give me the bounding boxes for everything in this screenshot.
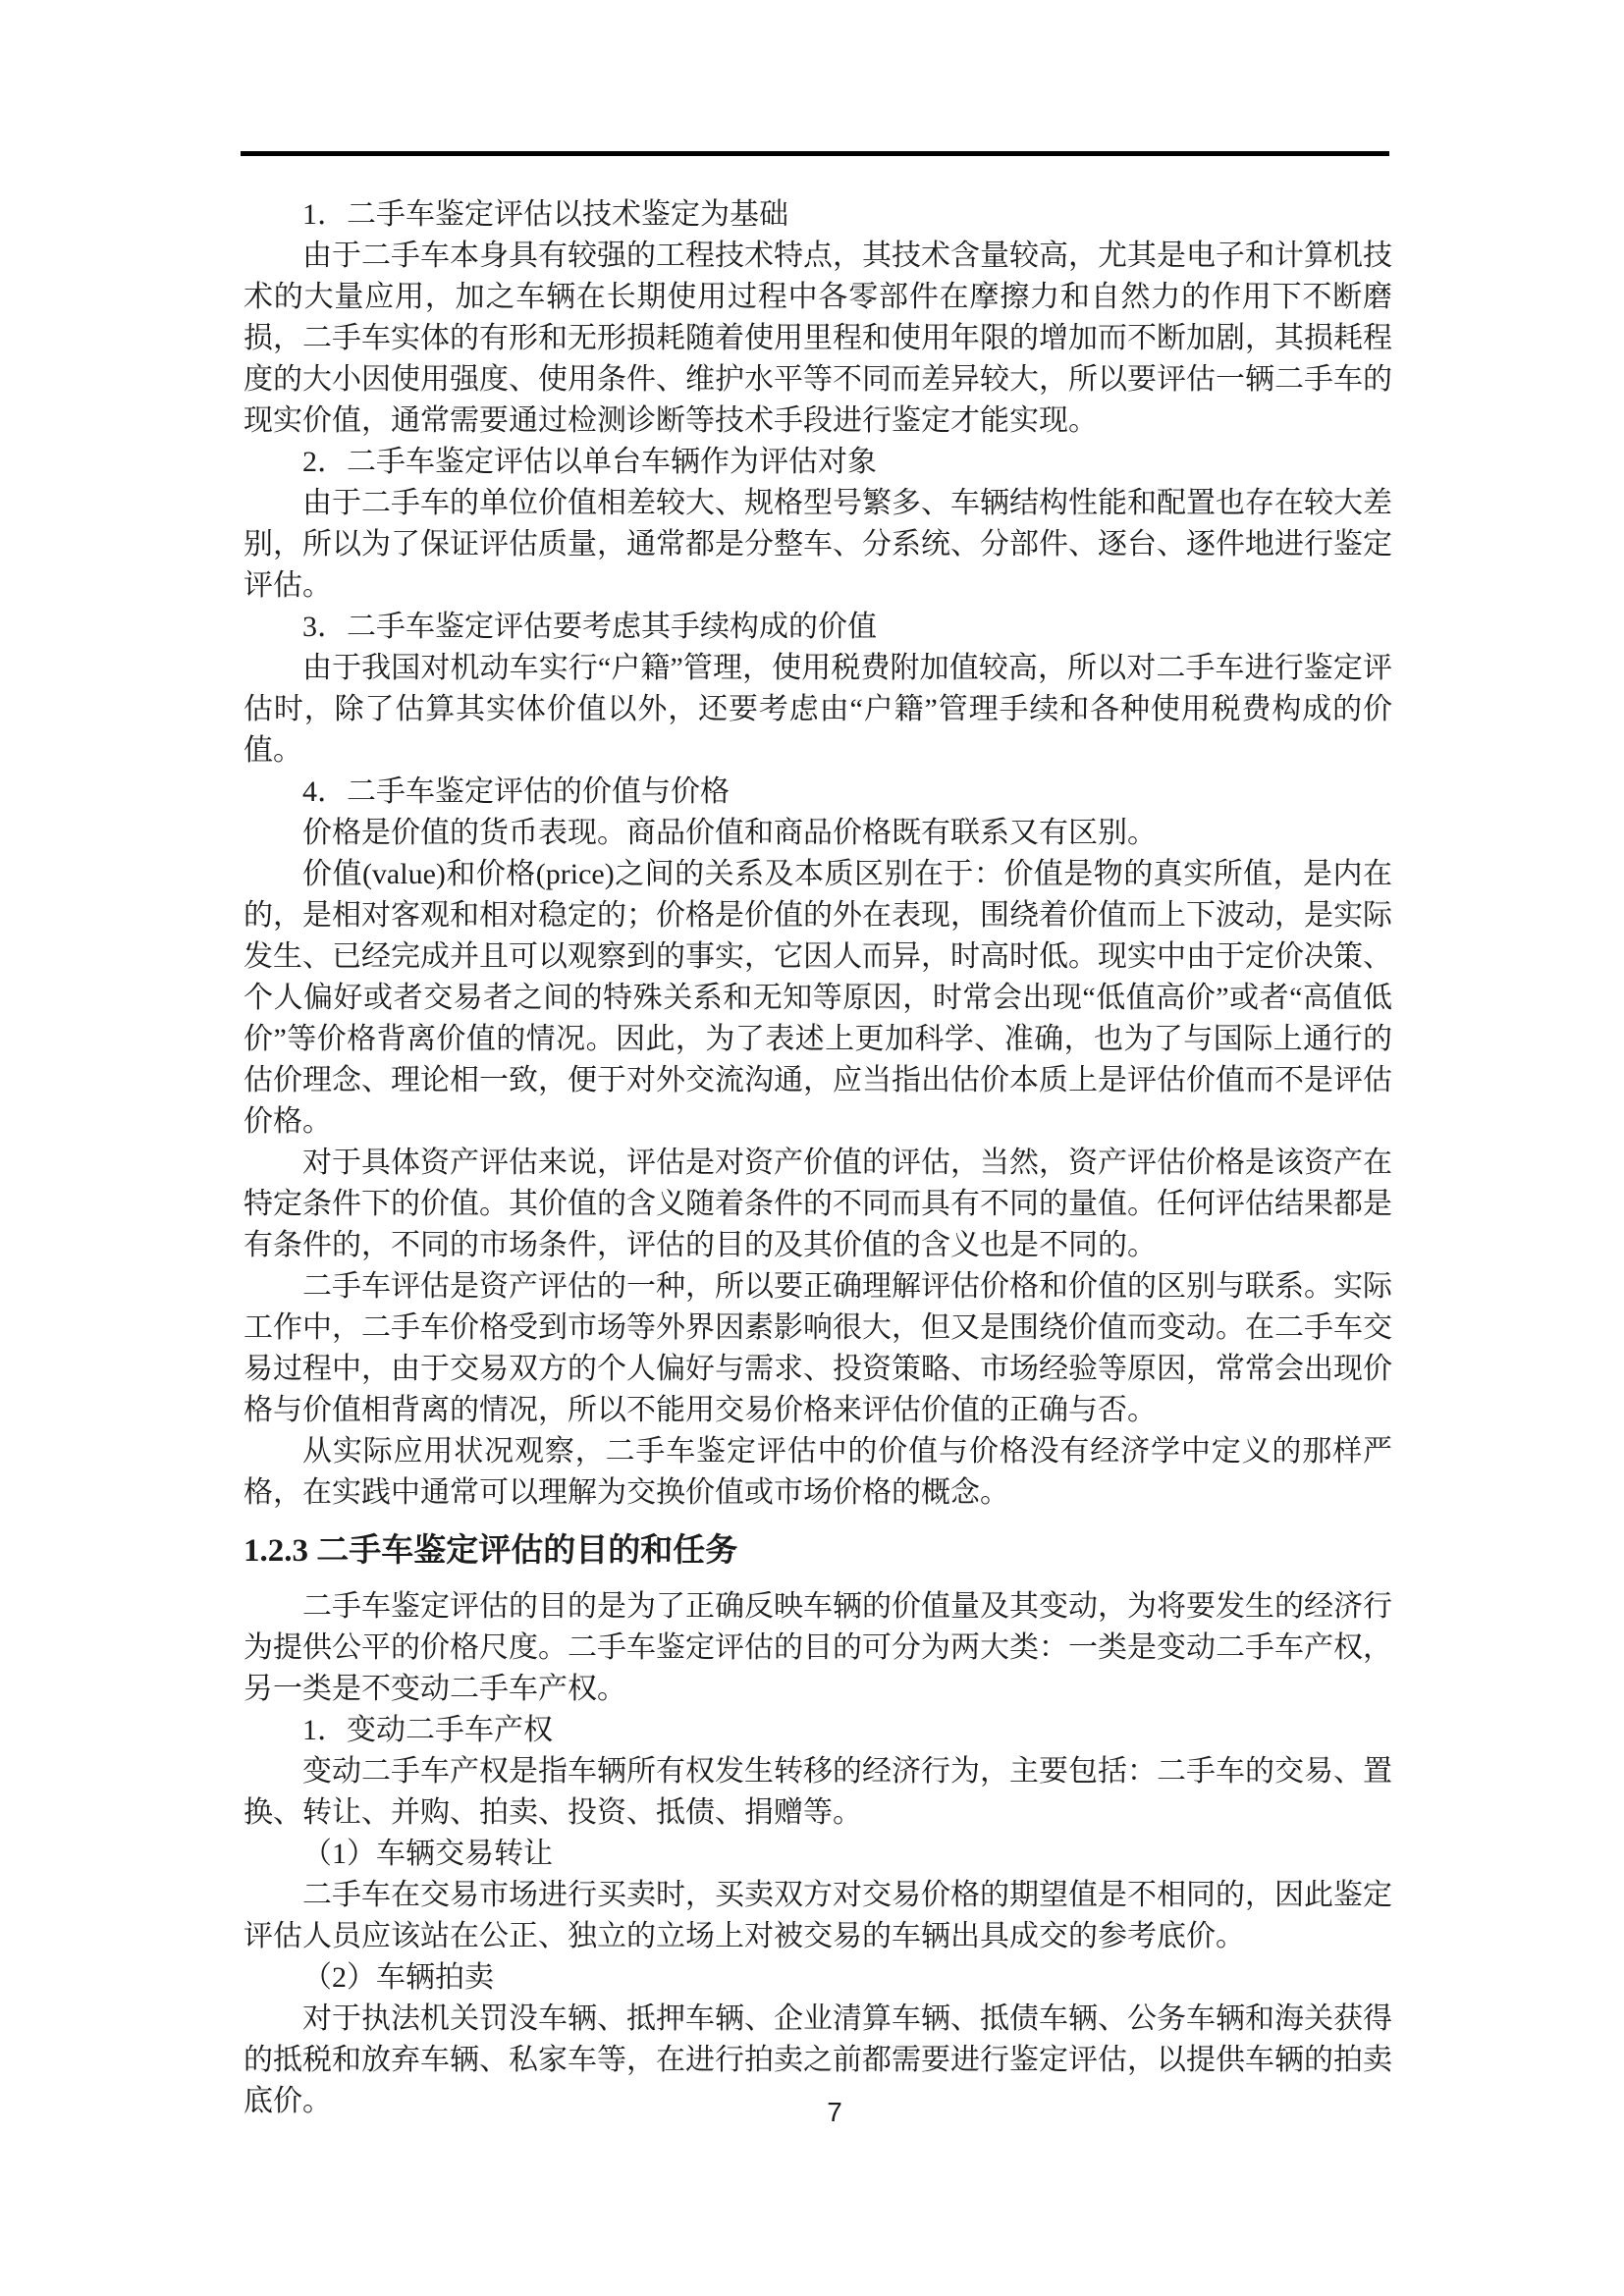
paragraph: 从实际应用状况观察，二手车鉴定评估中的价值与价格没有经济学中定义的那样严格，在实…	[244, 1431, 1392, 1514]
paragraph: 对于具体资产评估来说，评估是对资产价值的评估，当然，资产评估价格是该资产在特定条…	[244, 1143, 1392, 1266]
document-page: 1．二手车鉴定评估以技术鉴定为基础 由于二手车本身具有较强的工程技术特点，其技术…	[0, 0, 1624, 2296]
list-item-heading: （2）车辆拍卖	[244, 1957, 1392, 1999]
paragraph: 由于二手车的单位价值相差较大、规格型号繁多、车辆结构性能和配置也存在较大差别，所…	[244, 483, 1392, 607]
list-item-heading: （1）车辆交易转让	[244, 1834, 1392, 1875]
numbered-item-heading: 2．二手车鉴定评估以单台车辆作为评估对象	[244, 442, 1392, 483]
paragraph: 二手车评估是资产评估的一种，所以要正确理解评估价格和价值的区别与联系。实际工作中…	[244, 1266, 1392, 1431]
numbered-item-heading: 4．二手车鉴定评估的价值与价格	[244, 772, 1392, 813]
numbered-item-heading: 1．变动二手车产权	[244, 1710, 1392, 1751]
section-heading: 1.2.3 二手车鉴定评估的目的和任务	[244, 1528, 1392, 1574]
paragraph: 价格是价值的货币表现。商品价值和商品价格既有联系又有区别。	[244, 813, 1392, 854]
paragraph: 由于我国对机动车实行“户籍”管理，使用税费附加值较高，所以对二手车进行鉴定评估时…	[244, 648, 1392, 772]
numbered-item-heading: 1．二手车鉴定评估以技术鉴定为基础	[244, 194, 1392, 236]
page-content: 1．二手车鉴定评估以技术鉴定为基础 由于二手车本身具有较强的工程技术特点，其技术…	[244, 194, 1392, 2122]
paragraph: 二手车在交易市场进行买卖时，买卖双方对交易价格的期望值是不相同的，因此鉴定评估人…	[244, 1875, 1392, 1957]
page-number: 7	[827, 2097, 842, 2127]
header-rule	[241, 151, 1389, 156]
paragraph: 变动二手车产权是指车辆所有权发生转移的经济行为，主要包括：二手车的交易、置换、转…	[244, 1751, 1392, 1834]
paragraph: 价值(value)和价格(price)之间的关系及本质区别在于：价值是物的真实所…	[244, 854, 1392, 1143]
paragraph: 二手车鉴定评估的目的是为了正确反映车辆的价值量及其变动，为将要发生的经济行为提供…	[244, 1586, 1392, 1710]
paragraph: 由于二手车本身具有较强的工程技术特点，其技术含量较高，尤其是电子和计算机技术的大…	[244, 236, 1392, 442]
numbered-item-heading: 3．二手车鉴定评估要考虑其手续构成的价值	[244, 607, 1392, 648]
page-footer: 7	[245, 2097, 1424, 2128]
